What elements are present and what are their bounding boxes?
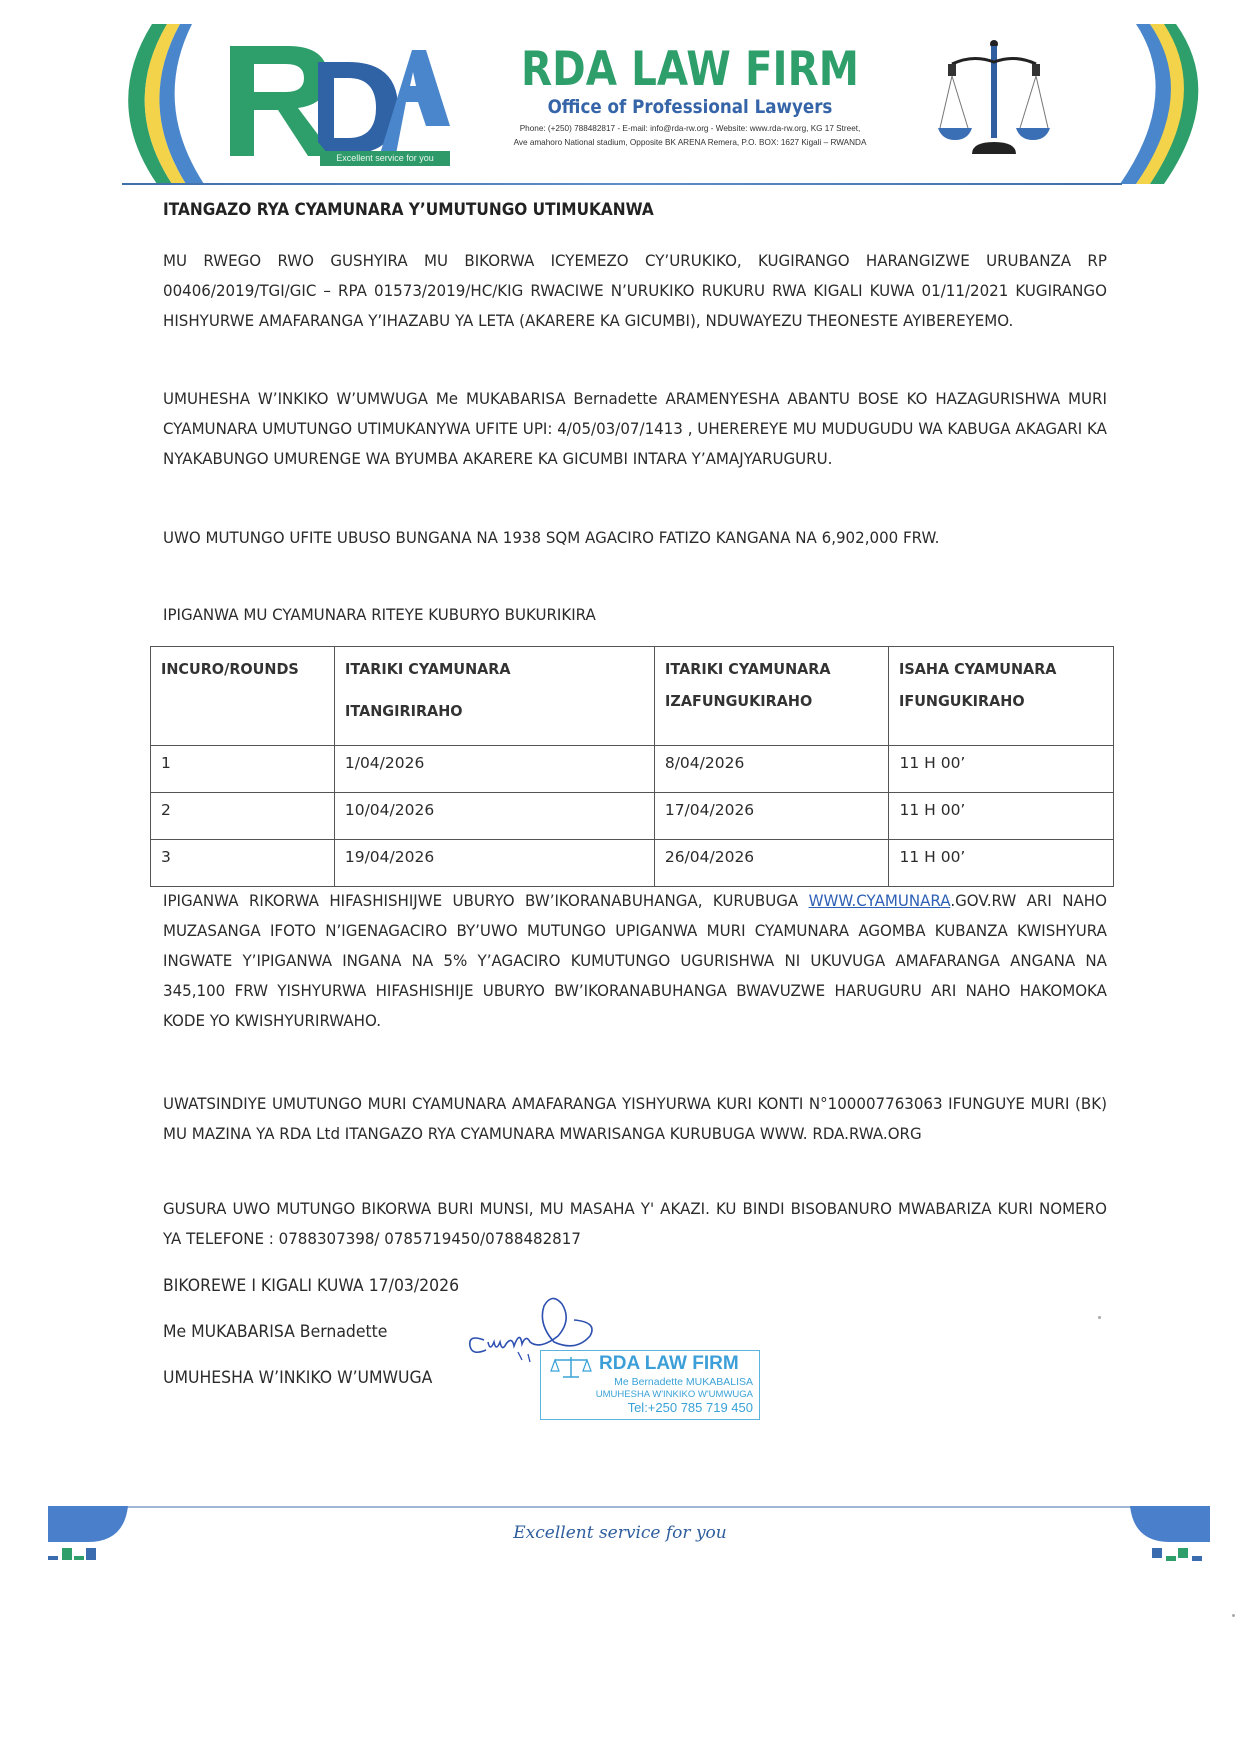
cell-round: 2 [151,793,335,840]
stamp-phone: Tel:+250 785 719 450 [628,1400,753,1415]
firm-subtitle: Office of Professional Lawyers [505,96,875,118]
column-header-start-date: ITARIKI CYAMUNARA ITANGIRIRAHO [334,647,654,746]
cell-closing-time: 11 H 00’ [889,746,1114,793]
stamp-scales-icon [549,1355,593,1379]
paragraph-court-decision: MU RWEGO RWO GUSHYIRA MU BIKORWA ICYEMEZ… [163,246,1107,336]
firm-contact-line: Phone: (+250) 788482817 - E-mail: info@r… [470,124,910,133]
cell-round: 1 [151,746,335,793]
paragraph-announcement: UMUHESHA W’INKIKO W’UMWUGA Me MUKABARISA… [163,384,1107,474]
letterhead: Excellent service for you RDA LAW FIRM O… [0,0,1240,190]
table-row: 3 19/04/2026 26/04/2026 11 H 00’ [151,840,1114,887]
paragraph-payment-account: UWATSINDIYE UMUTUNGO MURI CYAMUNARA AMAF… [163,1089,1107,1149]
auction-schedule-table: INCURO/ROUNDS ITARIKI CYAMUNARA ITANGIRI… [150,646,1114,887]
cell-end-date: 17/04/2026 [654,793,889,840]
paragraph-visit-contact: GUSURA UWO MUTUNGO BIKORWA BURI MUNSI, M… [163,1194,1107,1254]
stamp-name: Me Bernadette MUKABALISA [614,1376,753,1388]
header-divider [122,183,1122,185]
paragraph-bidding-process: IPIGANWA RIKORWA HIFASHISHIJWE UBURYO BW… [163,886,1107,1036]
cyamunara-website-link[interactable]: WWW.CYAMUNARA [809,891,951,910]
firm-address-line: Ave amahoro National stadium, Opposite B… [470,138,910,147]
signatory-role: UMUHESHA W’INKIKO W’UMWUGA [163,1368,432,1387]
firm-name: RDA LAW FIRM [509,42,870,98]
stamp-title: RDA LAW FIRM [599,1353,739,1375]
cell-end-date: 26/04/2026 [654,840,889,887]
cell-start-date: 19/04/2026 [334,840,654,887]
column-header-end-date: ITARIKI CYAMUNARA IZAFUNGUKIRAHO [654,647,889,746]
logo-tagline: Excellent service for you [320,151,450,166]
footer-divider [50,1506,1190,1508]
cell-closing-time: 11 H 00’ [889,793,1114,840]
scales-of-justice-icon [938,36,1050,156]
document-title: ITANGAZO RYA CYAMUNARA Y’UMUTUNGO UTIMUK… [163,200,654,219]
signatory-name: Me MUKABARISA Bernadette [163,1322,387,1341]
table-row: 1 1/04/2026 8/04/2026 11 H 00’ [151,746,1114,793]
swoosh-right-decoration [1110,24,1220,184]
footer-tagline: Excellent service for you [0,1523,1240,1543]
cell-start-date: 1/04/2026 [334,746,654,793]
official-stamp: RDA LAW FIRM Me Bernadette MUKABALISA UM… [540,1350,760,1420]
stamp-role: UMUHESHA W'INKIKO W'UMWUGA [596,1389,753,1400]
column-header-round: INCURO/ROUNDS [151,647,335,746]
scan-artifact [1232,1614,1235,1617]
table-header-row: INCURO/ROUNDS ITARIKI CYAMUNARA ITANGIRI… [151,647,1114,746]
paragraph-property-value: UWO MUTUNGO UFITE UBUSO BUNGANA NA 1938 … [163,523,1107,553]
swoosh-left-decoration [112,24,222,184]
rda-logo [230,46,450,166]
table-row: 2 10/04/2026 17/04/2026 11 H 00’ [151,793,1114,840]
cell-closing-time: 11 H 00’ [889,840,1114,887]
scan-artifact [1098,1316,1101,1319]
cell-start-date: 10/04/2026 [334,793,654,840]
cell-round: 3 [151,840,335,887]
paragraph-schedule-intro: IPIGANWA MU CYAMUNARA RITEYE KUBURYO BUK… [163,600,1107,630]
signing-date: BIKOREWE I KIGALI KUWA 17/03/2026 [163,1276,459,1295]
cell-end-date: 8/04/2026 [654,746,889,793]
column-header-closing-time: ISAHA CYAMUNARA IFUNGUKIRAHO [889,647,1114,746]
